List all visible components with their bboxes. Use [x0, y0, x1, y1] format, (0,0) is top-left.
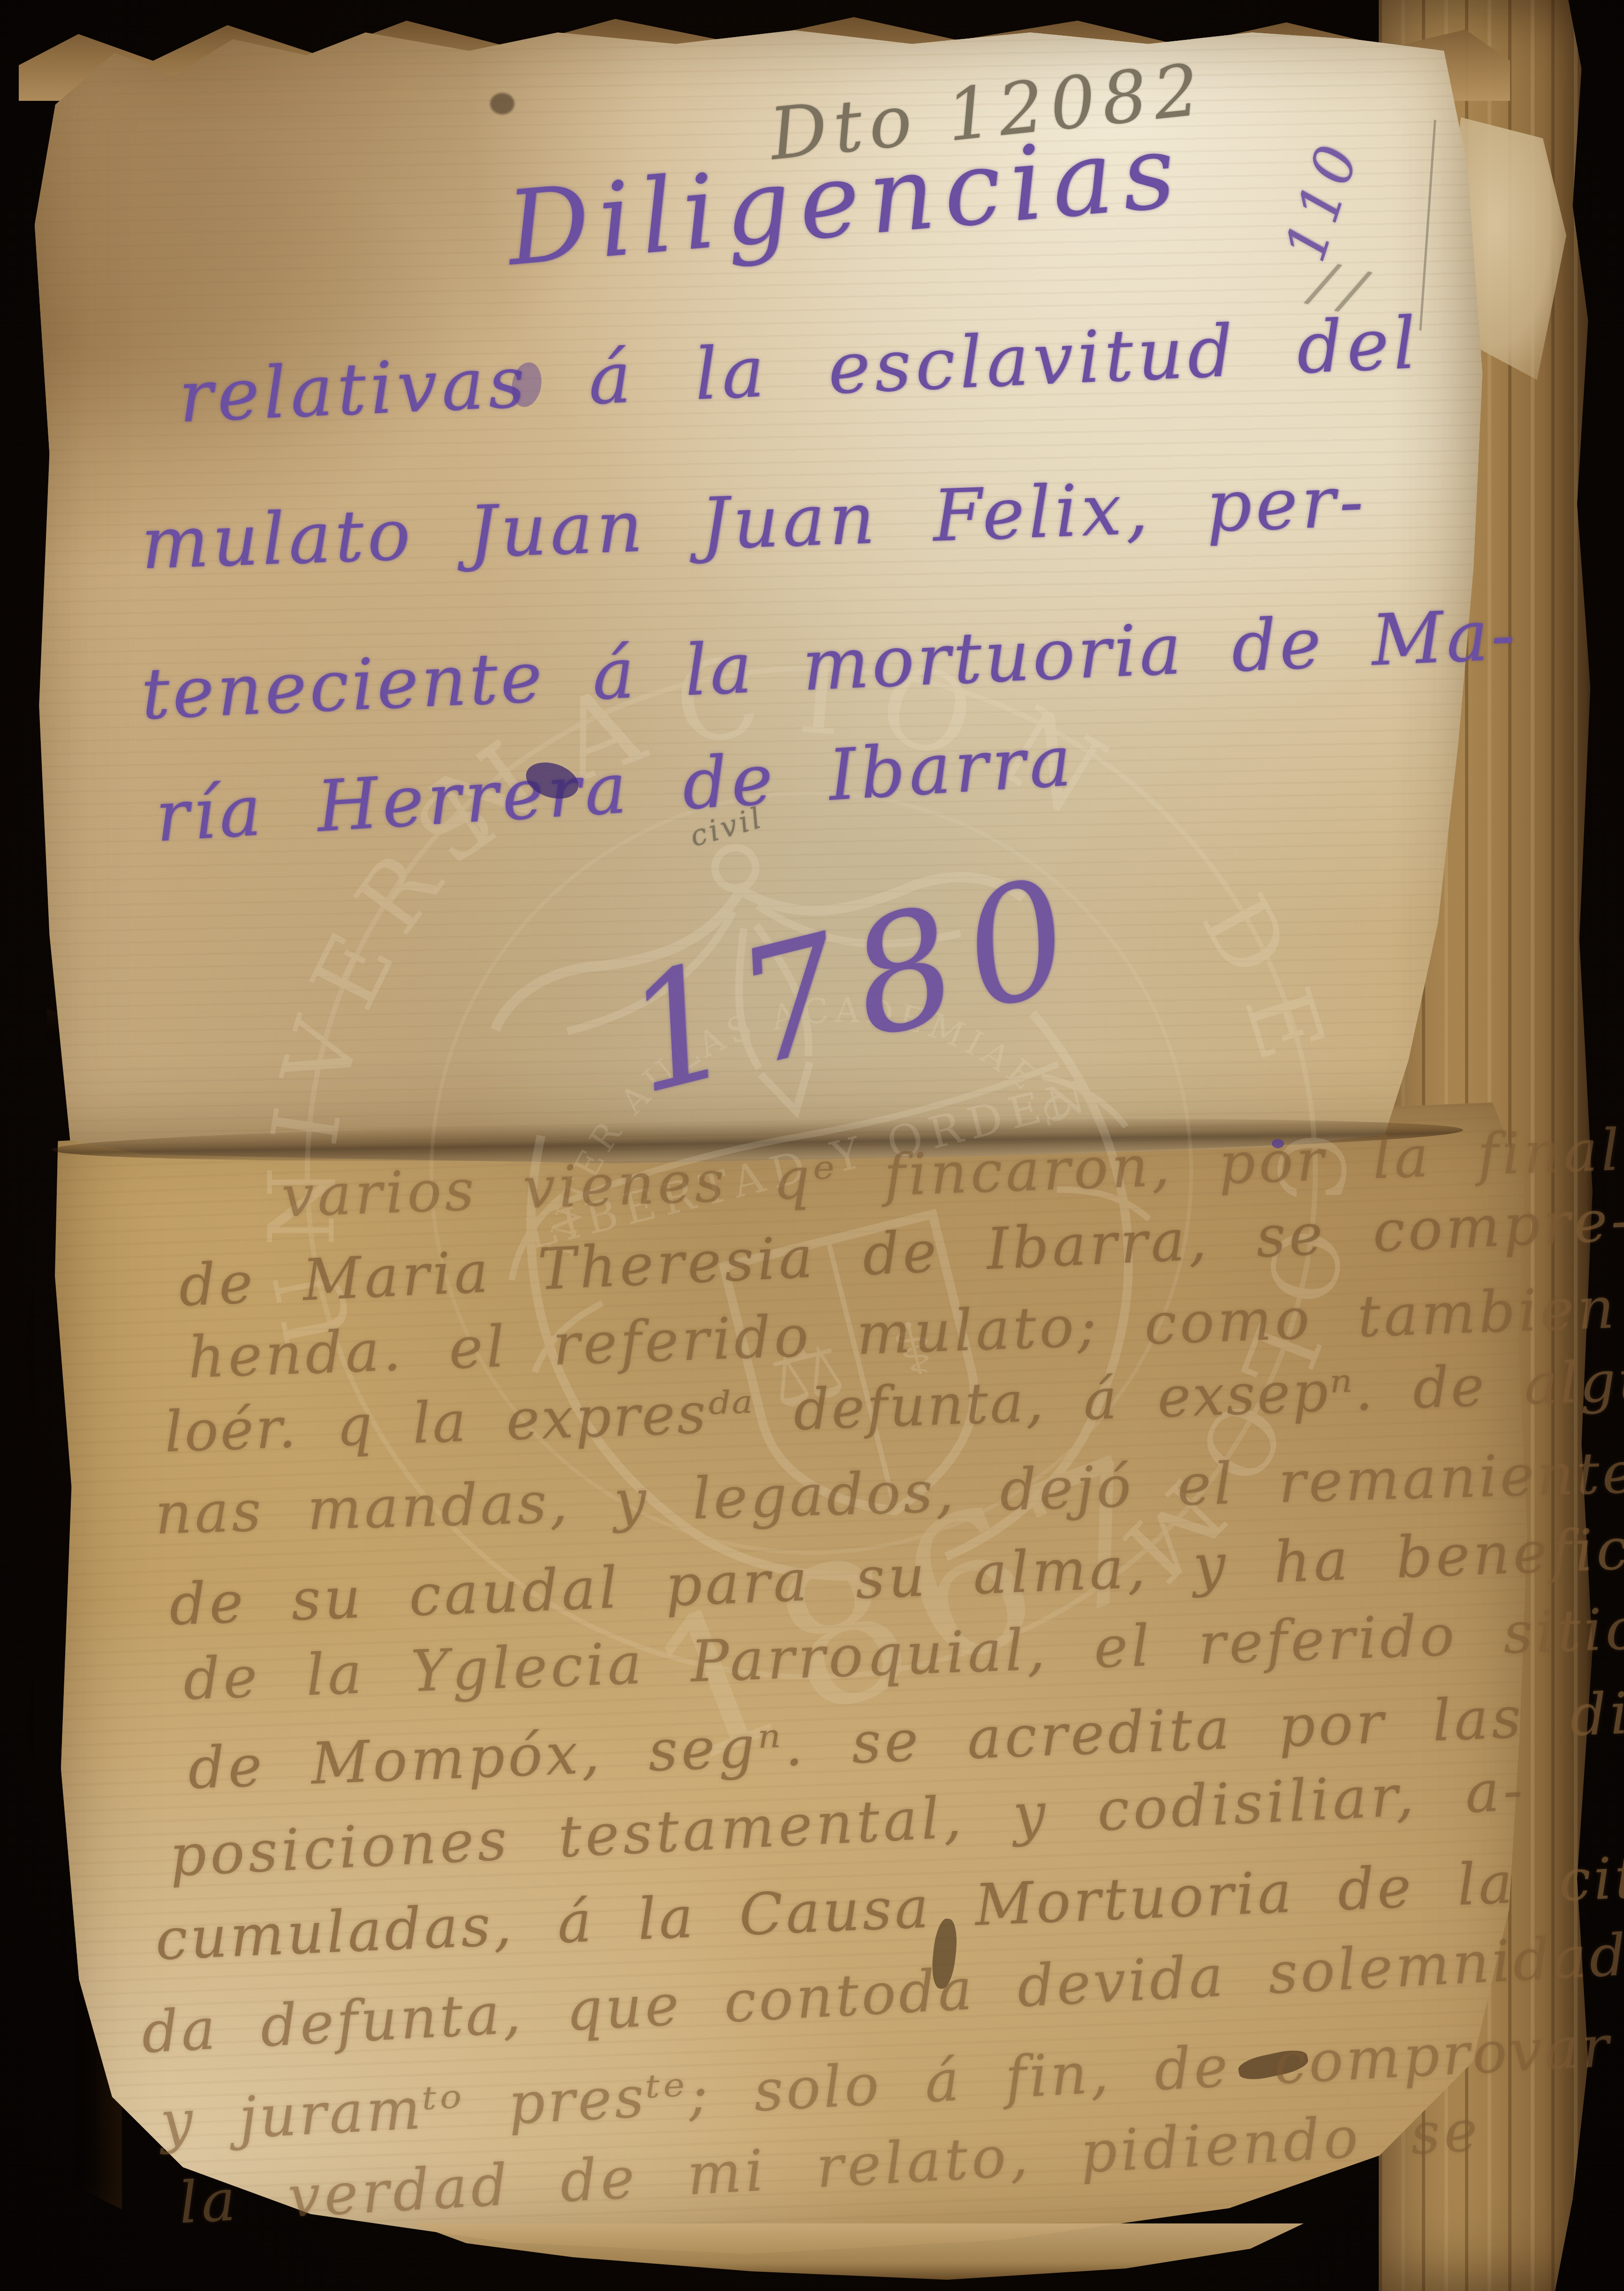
manuscript-photo: UNIVERSIDAD NACIONAL DE COLOMBIA INTER A…	[0, 0, 1624, 2291]
smudge-dot	[490, 93, 514, 114]
torn-bottom-remnant	[413, 2223, 1304, 2280]
